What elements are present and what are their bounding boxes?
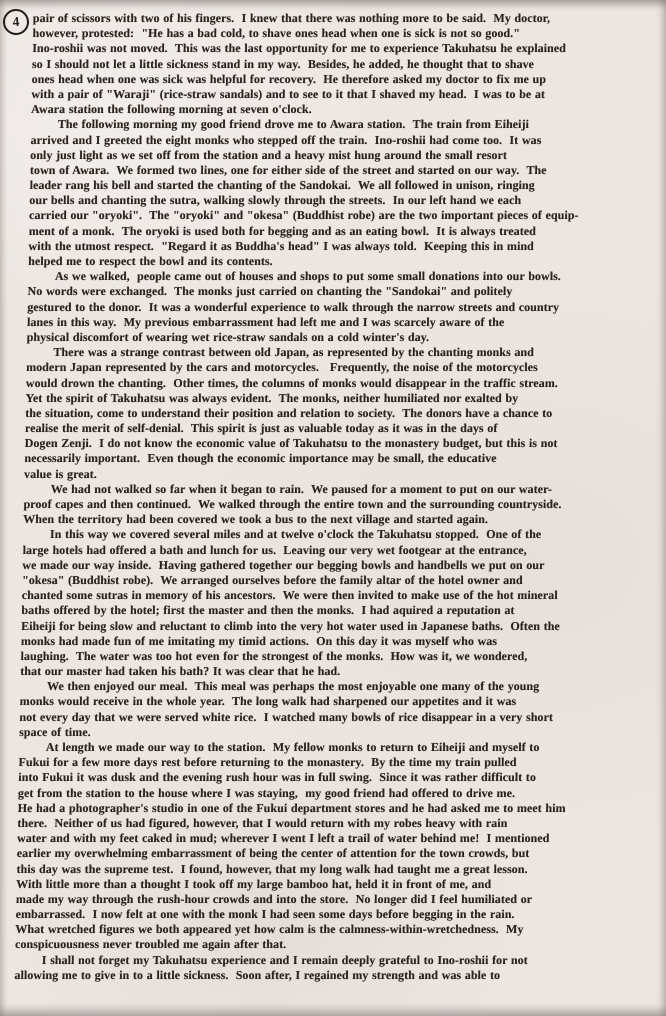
paragraph: As we walked, people came out of houses … xyxy=(27,269,644,345)
text-line: helped me to respect the bowl and its co… xyxy=(28,254,644,269)
text-line: this day was the supreme test. I found, … xyxy=(16,862,632,877)
text-line: however, protested: "He has a bad cold, … xyxy=(32,26,648,41)
text-line: proof capes and then continued. We walke… xyxy=(23,497,639,512)
text-line: water and with my feet caked in mud; whe… xyxy=(17,831,633,846)
text-line: with the utmost respect. "Regard it as B… xyxy=(28,239,644,254)
text-line: earlier my overwhelming embarrassment of… xyxy=(17,846,633,861)
text-line: Fukui for a few more days rest before re… xyxy=(18,755,634,770)
text-line: As we walked, people came out of houses … xyxy=(28,269,644,284)
text-line: ones head when one was sick was helpful … xyxy=(32,72,648,87)
text-line: Eiheiji for being slow and reluctant to … xyxy=(21,619,637,634)
text-line: our bells and chanting the sutra, walkin… xyxy=(29,193,645,208)
text-line: monks would receive in the whole year. T… xyxy=(20,694,636,709)
text-line: With little more than a thought I took o… xyxy=(16,877,632,892)
text-line: arrived and I greeted the eight monks wh… xyxy=(30,133,646,148)
text-line: chanted some sutras in memory of his anc… xyxy=(22,588,638,603)
text-line: physical discomfort of wearing wet rice-… xyxy=(27,330,643,345)
text-line: ment of a monk. The oryoki is used both … xyxy=(29,224,645,239)
text-line: Awara station the following morning at s… xyxy=(31,102,647,117)
text-line: Ino-roshii was not moved. This was the l… xyxy=(32,41,648,56)
text-line: that our master had taken his bath? It w… xyxy=(20,664,636,679)
text-line: large hotels had offered a bath and lunc… xyxy=(23,543,639,558)
text-line: Dogen Zenji. I do not know the economic … xyxy=(25,436,641,451)
text-line: would drown the chanting. Other times, t… xyxy=(26,376,642,391)
paragraph: We then enjoyed our meal. This meal was … xyxy=(19,679,636,740)
body-text: pair of scissors with two of his fingers… xyxy=(14,11,649,983)
text-line: into Fukui it was dusk and the evening r… xyxy=(18,770,634,785)
text-line: We had not walked so far when it began t… xyxy=(24,482,640,497)
text-line: the situation, come to understand their … xyxy=(25,406,641,421)
text-line: made my way through the rush-hour crowds… xyxy=(16,892,632,907)
text-line: At length we made our way to the station… xyxy=(19,740,635,755)
text-line: space of time. xyxy=(19,725,635,740)
text-line: There was a strange contrast between old… xyxy=(26,345,642,360)
text-line: Yet the spirit of Takuhatsu was always e… xyxy=(25,391,641,406)
scanned-document-page: 4 pair of scissors with two of his finge… xyxy=(0,0,666,1016)
paragraph: I shall not forget my Takuhatsu experien… xyxy=(14,953,631,983)
text-line: He had a photographer's studio in one of… xyxy=(18,801,634,816)
text-line: gestured to the donor. It was a wonderfu… xyxy=(27,300,643,315)
text-line: necessarily important. Even though the e… xyxy=(24,451,640,466)
text-line: monks had made fun of me imitating my ti… xyxy=(21,634,637,649)
paragraph: pair of scissors with two of his fingers… xyxy=(31,11,649,117)
text-line: realise the merit of self-denial. This s… xyxy=(25,421,641,436)
text-line: When the territory had been covered we t… xyxy=(23,512,639,527)
text-line: "okesa" (Buddhist robe). We arranged our… xyxy=(22,573,638,588)
text-line: not every day that we were served white … xyxy=(19,710,635,725)
circled-page-number: 4 xyxy=(2,8,30,36)
paragraph: The following morning my good friend dro… xyxy=(28,117,647,269)
paragraph: There was a strange contrast between old… xyxy=(24,345,643,482)
paragraph: In this way we covered several miles and… xyxy=(20,527,639,679)
text-line: I shall not forget my Takuhatsu experien… xyxy=(15,953,631,968)
text-line: value is great. xyxy=(24,467,640,482)
text-line: so I should not let a little sickness st… xyxy=(32,57,648,72)
text-line: No words were exchanged. The monks just … xyxy=(27,284,643,299)
text-line: leader rang his bell and started the cha… xyxy=(30,178,646,193)
text-line: conspicuousness never troubled me again … xyxy=(15,937,631,952)
paragraph: At length we made our way to the station… xyxy=(15,740,635,953)
text-line: laughing. The water was too hot even for… xyxy=(20,649,636,664)
text-line: In this way we covered several miles and… xyxy=(23,527,639,542)
paragraph: We had not walked so far when it began t… xyxy=(23,482,640,528)
text-line: with a pair of "Waraji" (rice-straw sand… xyxy=(31,87,647,102)
text-line: get from the station to the house where … xyxy=(18,786,634,801)
text-line: modern Japan represented by the cars and… xyxy=(26,360,642,375)
text-line: only just light as we set off from the s… xyxy=(30,148,646,163)
text-line: We then enjoyed our meal. This meal was … xyxy=(20,679,636,694)
text-line: The following morning my good friend dro… xyxy=(31,117,647,132)
text-line: What wretched figures we both appeared y… xyxy=(15,922,631,937)
text-line: carried our "oryoki". The "oryoki" and "… xyxy=(29,208,645,223)
text-line: pair of scissors with two of his fingers… xyxy=(33,11,649,26)
text-line: embarrassed. I now felt at one with the … xyxy=(16,907,632,922)
text-line: allowing me to give in to a little sickn… xyxy=(14,968,630,983)
text-line: we made our way inside. Having gathered … xyxy=(22,558,638,573)
text-line: there. Neither of us had figured, howeve… xyxy=(17,816,633,831)
text-line: town of Awara. We formed two lines, one … xyxy=(30,163,646,178)
text-line: lanes in this way. My previous embarrass… xyxy=(27,315,643,330)
text-line: baths offered by the hotel; first the ma… xyxy=(21,603,637,618)
